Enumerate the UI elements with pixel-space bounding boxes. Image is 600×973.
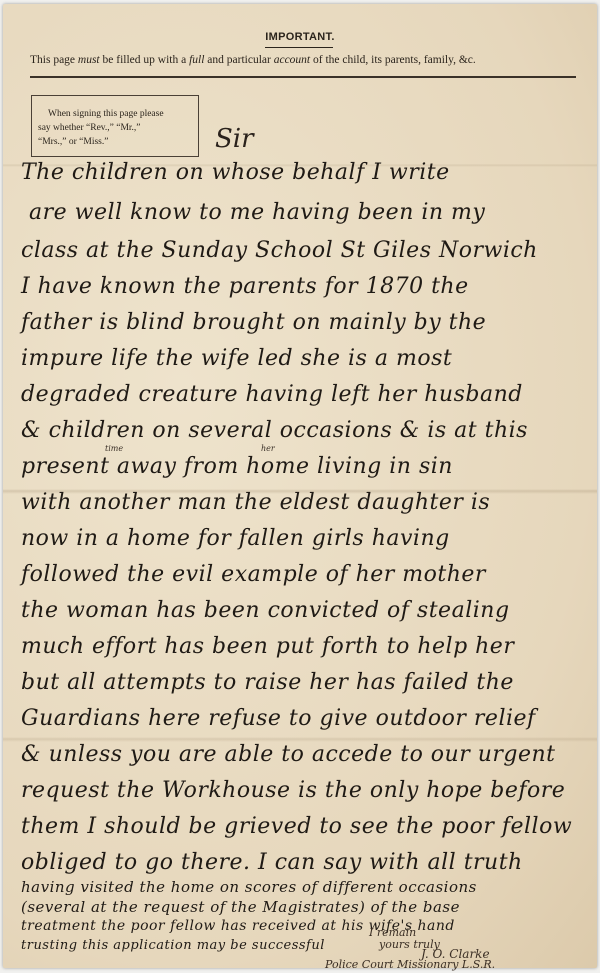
instruction-emphasis-account: account bbox=[274, 54, 310, 66]
letter-line: but all attempts to raise her has failed… bbox=[21, 670, 514, 695]
letter-line: class at the Sunday School St Giles Norw… bbox=[21, 238, 538, 263]
letter-line: trusting this application may be success… bbox=[21, 938, 325, 953]
letter-line: are well know to me having been in my bbox=[29, 200, 485, 225]
instruction-emphasis-full: full bbox=[189, 54, 204, 66]
letter-line: having visited the home on scores of dif… bbox=[21, 878, 477, 896]
form-header-title: IMPORTANT. bbox=[3, 31, 597, 43]
notice-line: When signing this page please bbox=[48, 107, 198, 121]
letter-line: & unless you are able to accede to our u… bbox=[21, 742, 556, 767]
letter-line: impure life the wife led she is a most bbox=[21, 346, 452, 371]
letter-line: & children on several occasions & is at … bbox=[21, 418, 528, 443]
signature-title: Police Court Missionary L.S.R. bbox=[325, 958, 495, 971]
insertion-time: time bbox=[105, 444, 123, 453]
form-instruction: This page must be filled up with a full … bbox=[30, 54, 476, 66]
instruction-text: This page bbox=[30, 54, 78, 66]
letter-line: them I should be grieved to see the poor… bbox=[21, 814, 572, 839]
letter-line: Guardians here refuse to give outdoor re… bbox=[21, 706, 536, 731]
letter-line: request the Workhouse is the only hope b… bbox=[21, 778, 565, 803]
letter-line: obliged to go there. I can say with all … bbox=[21, 850, 523, 875]
letter-line: I have known the parents for 1870 the bbox=[21, 274, 469, 299]
letter-line: father is blind brought on mainly by the bbox=[21, 310, 486, 335]
letter-line: followed the evil example of her mother bbox=[21, 562, 486, 587]
header-rule bbox=[30, 76, 576, 78]
letter-page: IMPORTANT. This page must be filled up w… bbox=[3, 4, 597, 968]
insertion-her: her bbox=[261, 444, 275, 453]
instruction-emphasis-must: must bbox=[78, 54, 100, 66]
letter-line: with another man the eldest daughter is bbox=[21, 490, 490, 515]
signing-notice-box: When signing this page please say whethe… bbox=[31, 95, 199, 157]
letter-line: (several at the request of the Magistrat… bbox=[21, 898, 460, 916]
letter-line: the woman has been convicted of stealing bbox=[21, 598, 510, 623]
letter-line: degraded creature having left her husban… bbox=[21, 382, 523, 407]
letter-salutation: Sir bbox=[215, 124, 254, 154]
notice-line: “Mrs.,” or “Miss.” bbox=[38, 135, 198, 149]
letter-line: now in a home for fallen girls having bbox=[21, 526, 450, 551]
letter-line: much effort has been put forth to help h… bbox=[21, 634, 514, 659]
letter-line: The children on whose behalf I write bbox=[21, 160, 450, 185]
letter-line: present away from home living in sin bbox=[21, 454, 453, 479]
instruction-text: of the child, its parents, family, &c. bbox=[310, 54, 476, 66]
notice-line: say whether “Rev.,” “Mr.,” bbox=[38, 121, 198, 135]
instruction-text: be filled up with a bbox=[100, 54, 189, 66]
instruction-text: and particular bbox=[204, 54, 273, 66]
header-underline bbox=[265, 47, 333, 48]
